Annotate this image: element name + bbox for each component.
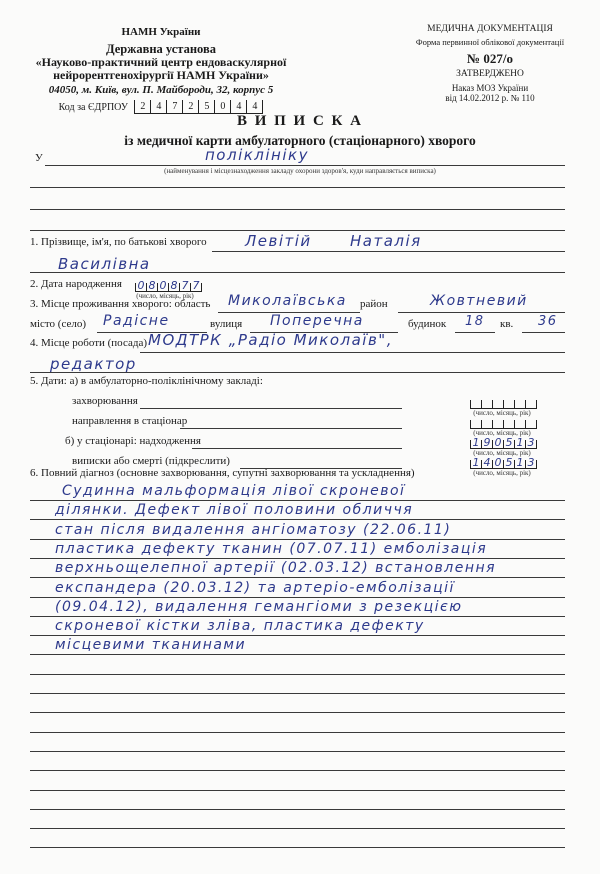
- diagnosis-text-line: місцевими тканинами: [55, 637, 246, 653]
- district-label: район: [360, 298, 388, 310]
- date-digit: [492, 420, 503, 428]
- region-value: Миколаївська: [228, 293, 347, 309]
- diagnosis-line: [30, 539, 565, 540]
- referral-date-value: [470, 416, 537, 429]
- diagnosis-text-line: ділянки. Дефект лівої половини обличчя: [55, 502, 413, 518]
- edrpou-digit: 2: [134, 100, 150, 113]
- diagnosis-line: [30, 712, 565, 713]
- patient-name-line-2: [30, 272, 565, 273]
- date-digit: 1: [514, 460, 525, 468]
- apt-value: 36: [538, 314, 558, 329]
- edrpou-digit: 4: [230, 100, 246, 113]
- edrpou-code: 24725044: [134, 100, 263, 114]
- work-label: 4. Місце роботи (посада): [30, 337, 147, 349]
- date-digit: [525, 420, 537, 428]
- diagnosis-line: [30, 577, 565, 578]
- discharge-date-label: виписки або смерті (підкреслити): [72, 455, 230, 467]
- date-digit: [470, 420, 481, 428]
- date-digit: [481, 400, 492, 408]
- academy-name: НАМН України: [30, 26, 292, 39]
- illness-date-label: захворювання: [72, 395, 138, 407]
- date-digit: 1: [470, 460, 481, 468]
- patient-name-line: [212, 251, 565, 252]
- illness-date-value: [470, 396, 537, 409]
- edrpou-digit: 5: [198, 100, 214, 113]
- date-digit: [514, 420, 525, 428]
- diagnosis-line: [30, 751, 565, 752]
- date-digit: 3: [525, 460, 537, 468]
- institution-address: 04050, м. Київ, вул. П. Майбороди, 32, к…: [30, 84, 292, 97]
- diagnosis-line: [30, 500, 565, 501]
- date-digit: 5: [503, 460, 514, 468]
- diagnosis-line: [30, 809, 565, 810]
- patient-surname: Левітій: [245, 232, 312, 250]
- district-value: Жовтневий: [430, 293, 528, 309]
- house-value: 18: [465, 314, 485, 329]
- date-digit: [481, 420, 492, 428]
- order-label: Наказ МОЗ України: [395, 83, 585, 93]
- diagnosis-line: [30, 519, 565, 520]
- date-digit: 1: [514, 440, 525, 448]
- diagnosis-line: [30, 674, 565, 675]
- residence-label: 3. Місце проживання хворого: область: [30, 298, 210, 310]
- work-value-line2: редактор: [50, 355, 137, 373]
- diagnosis-line: [30, 597, 565, 598]
- destination-line: [45, 165, 565, 166]
- approved-label: ЗАТВЕРДЖЕНО: [395, 68, 585, 80]
- edrpou-digit: 0: [214, 100, 230, 113]
- date-digit: 0: [492, 440, 503, 448]
- diagnosis-line: [30, 828, 565, 829]
- discharge-date-caption: (число, місяць, рік): [462, 469, 542, 477]
- date-digit: 0: [157, 283, 168, 291]
- diagnosis-text-line: пластика дефекту тканин (07.07.11) ембол…: [55, 541, 487, 557]
- institution-name-line2: нейрорентгенохірургії НАМН України»: [30, 69, 292, 82]
- dates-section-label: 5. Дати: а) в амбулаторно-поліклінічному…: [30, 375, 263, 387]
- patient-first-name: Наталія: [350, 232, 422, 250]
- destination-prefix: У: [35, 152, 43, 164]
- order-date: від 14.02.2012 р. № 110: [395, 93, 585, 103]
- discharge-date-value: 140513: [470, 456, 537, 469]
- diagnosis-text-line: скроневої кістки зліва, пластика дефекту: [55, 618, 425, 634]
- district-line: [398, 312, 565, 313]
- admission-date-label: б) у стаціонарі: надходження: [65, 435, 201, 447]
- street-label: вулиця: [210, 318, 242, 330]
- dob-label: 2. Дата народження: [30, 278, 122, 290]
- date-digit: 3: [525, 440, 537, 448]
- diagnosis-line: [30, 847, 565, 848]
- diagnosis-line: [30, 558, 565, 559]
- form-type: Форма первинної облікової документації: [395, 36, 585, 48]
- admission-date-value: 190513: [470, 436, 537, 449]
- date-digit: 0: [492, 460, 503, 468]
- diagnosis-text-line: Судинна мальформація лівої скроневої: [62, 483, 405, 499]
- diagnosis-line: [30, 770, 565, 771]
- edrpou-digit: 4: [246, 100, 263, 113]
- diagnosis-line: [30, 616, 565, 617]
- date-digit: [503, 400, 514, 408]
- city-label: місто (село): [30, 318, 86, 330]
- diagnosis-line: [30, 790, 565, 791]
- blank-line: [30, 230, 565, 231]
- date-digit: [492, 400, 503, 408]
- date-digit: 0: [135, 283, 146, 291]
- diagnosis-text-line: експандера (20.03.12) та артеріо-емболіз…: [55, 580, 455, 596]
- date-digit: 4: [481, 460, 492, 468]
- dob-value: 080877: [135, 279, 202, 292]
- street-value: Поперечна: [270, 313, 364, 329]
- edrpou-label: Код за ЄДРПОУ: [59, 102, 128, 113]
- destination-line-2: [30, 187, 565, 188]
- date-digit: [514, 400, 525, 408]
- referral-line: [180, 428, 402, 429]
- house-line: [455, 332, 495, 333]
- date-digit: [470, 400, 481, 408]
- date-digit: 8: [146, 283, 157, 291]
- apt-label: кв.: [500, 318, 513, 330]
- work-line-2: [30, 372, 565, 373]
- institution-header: НАМН України Державна установа «Науково-…: [30, 26, 292, 114]
- illness-line: [140, 408, 402, 409]
- doc-type: МЕДИЧНА ДОКУМЕНТАЦІЯ: [395, 23, 585, 35]
- date-digit: 8: [168, 283, 179, 291]
- destination-caption: (найменування і місцезнаходження закладу…: [0, 167, 600, 175]
- edrpou-digit: 7: [166, 100, 182, 113]
- referral-date-label: направлення в стаціонар: [72, 415, 187, 427]
- work-value-line1: МОДТРК „Радіо Миколаїв",: [148, 331, 393, 349]
- date-digit: [525, 400, 537, 408]
- date-digit: 7: [190, 283, 202, 291]
- date-digit: 9: [481, 440, 492, 448]
- diagnosis-line: [30, 635, 565, 636]
- destination-value: поліклініку: [205, 146, 309, 164]
- blank-line: [30, 209, 565, 210]
- work-line: [140, 352, 565, 353]
- diagnosis-text-line: верхньощелепної артерії (02.03.12) встан…: [55, 560, 496, 576]
- edrpou-digit: 2: [182, 100, 198, 113]
- diagnosis-line: [30, 693, 565, 694]
- date-digit: [503, 420, 514, 428]
- date-digit: 1: [470, 440, 481, 448]
- patient-name-label: 1. Прізвище, ім'я, по батькові хворого: [30, 236, 207, 248]
- date-digit: 5: [503, 440, 514, 448]
- document-title: В И П И С К А: [0, 113, 600, 130]
- form-number: № 027/о: [395, 51, 585, 66]
- date-digit: 7: [179, 283, 190, 291]
- diagnosis-line: [30, 732, 565, 733]
- edrpou-digit: 4: [150, 100, 166, 113]
- diagnosis-text-line: стан після видалення ангіоматозу (22.06.…: [55, 522, 451, 538]
- apt-line: [522, 332, 565, 333]
- house-label: будинок: [408, 318, 446, 330]
- diagnosis-text-line: (09.04.12), видалення гемангіоми з резек…: [55, 599, 463, 615]
- edrpou-row: Код за ЄДРПОУ 24725044: [30, 100, 292, 114]
- form-header: МЕДИЧНА ДОКУМЕНТАЦІЯ Форма первинної обл…: [395, 23, 585, 103]
- patient-patronymic: Василівна: [58, 255, 151, 273]
- city-value: Радісне: [103, 313, 170, 329]
- admission-line: [192, 448, 402, 449]
- diagnosis-line: [30, 654, 565, 655]
- diagnosis-label: 6. Повний діагноз (основне захворювання,…: [30, 467, 415, 479]
